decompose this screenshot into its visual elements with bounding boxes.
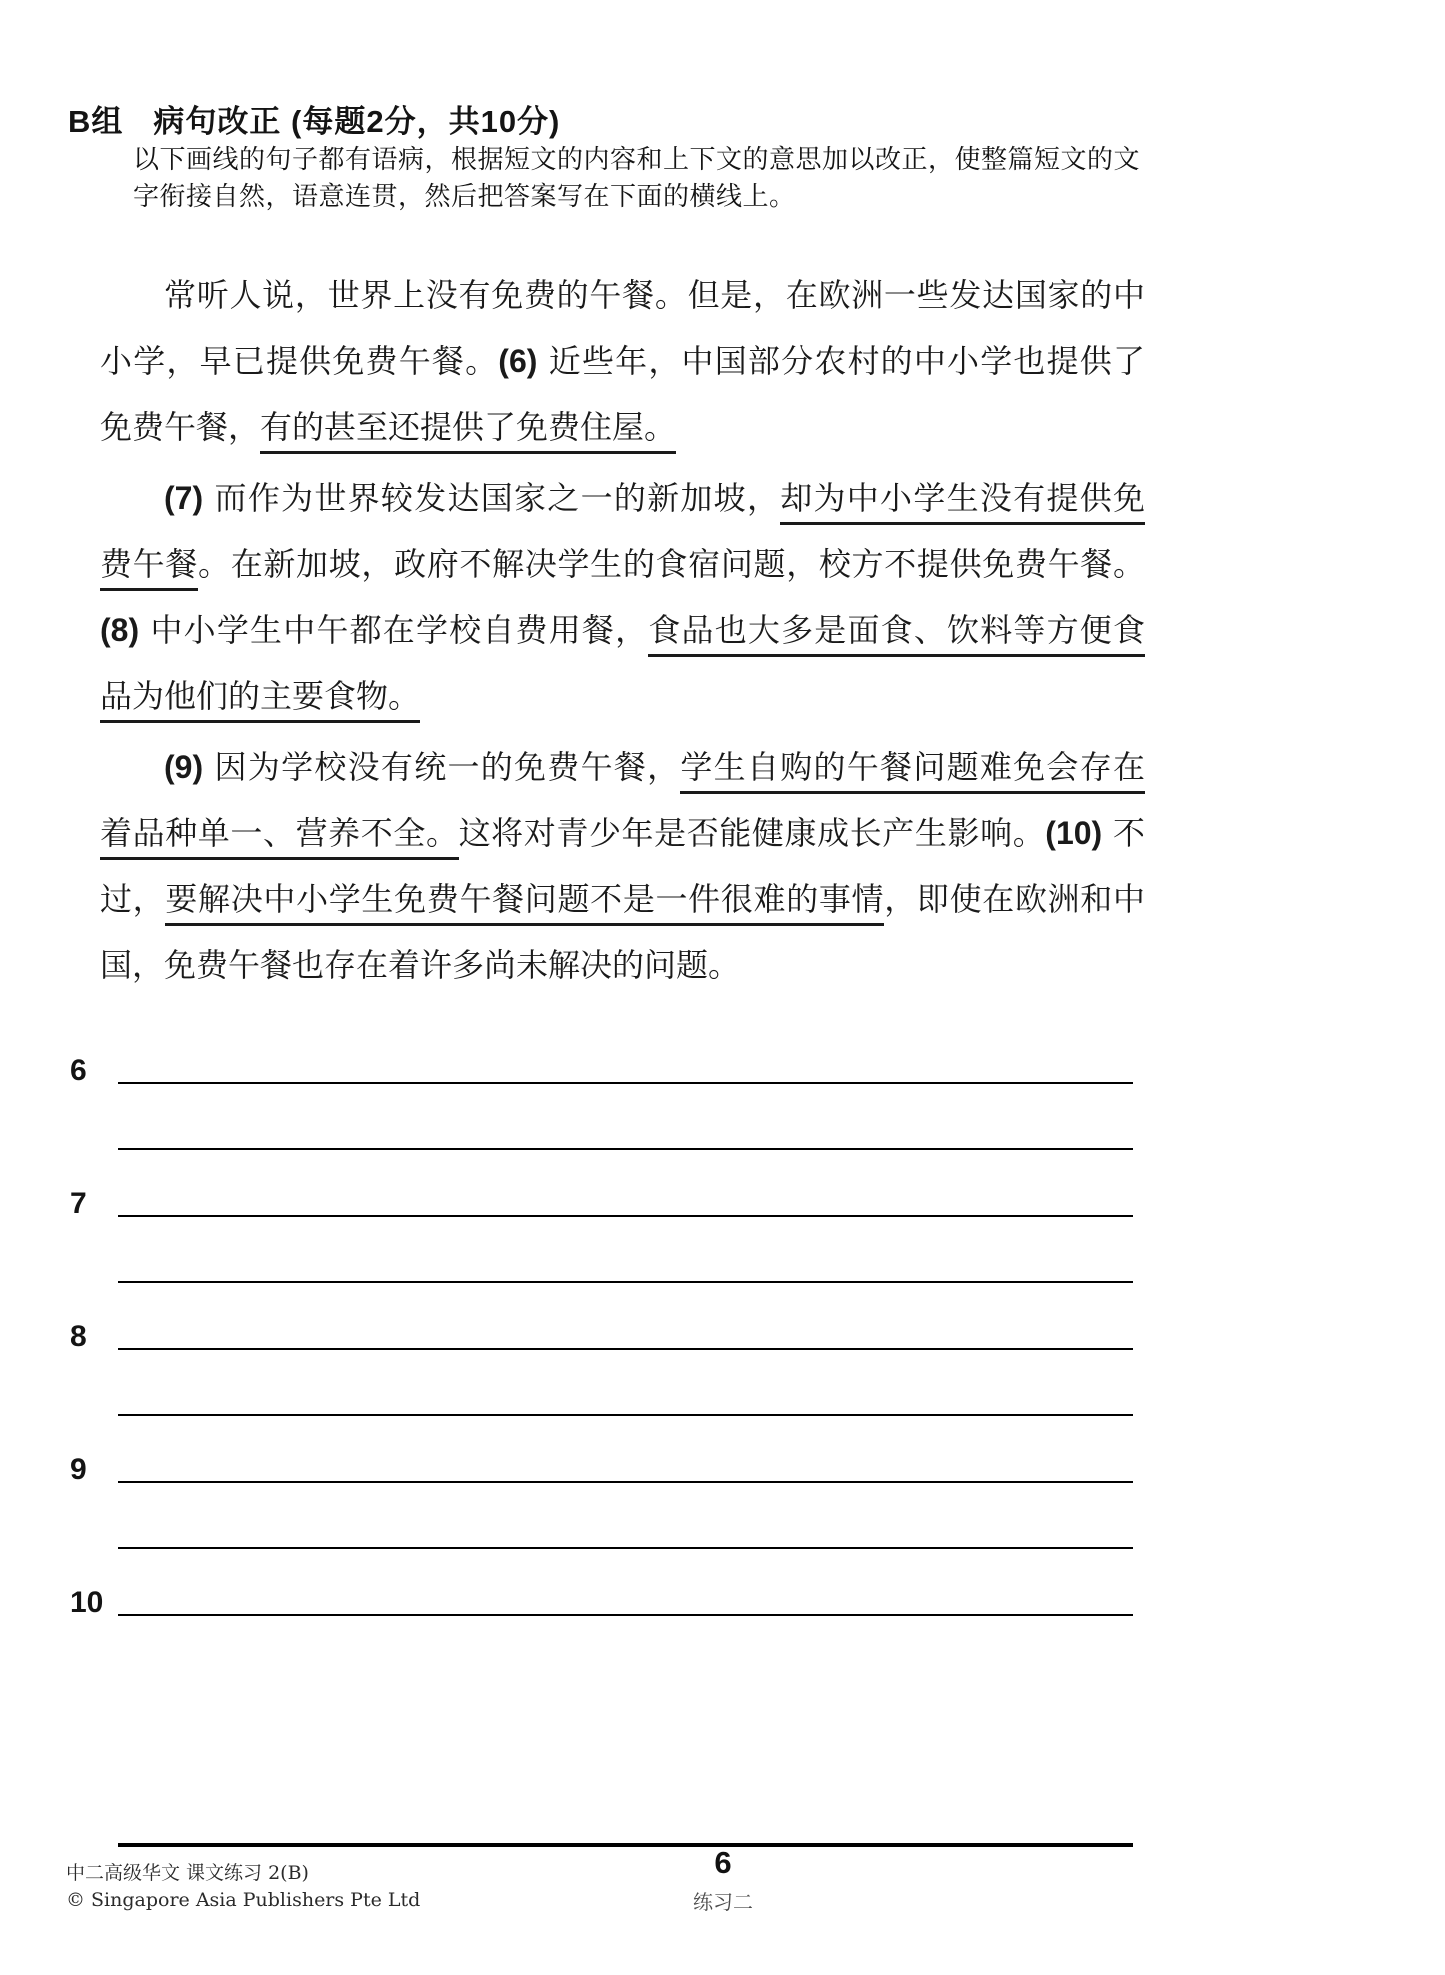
question-marker: (6) — [498, 343, 537, 379]
passage-text: ，即使在欧洲和中 — [884, 880, 1145, 918]
underlined-text: 着品种单一、营养不全。 — [100, 814, 459, 860]
answer-blank-line — [118, 1614, 1133, 1616]
passage-line: (7) 而作为世界较发达国家之一的新加坡，却为中小学生没有提供免 — [100, 465, 1145, 531]
passage-line: 着品种单一、营养不全。这将对青少年是否能健康成长产生影响。(10) 不 — [100, 800, 1145, 866]
underlined-text: 要解决中小学生免费午餐问题不是一件很难的事情 — [165, 880, 884, 926]
passage-text: 过， — [100, 880, 165, 918]
passage-line: 小学，早已提供免费午餐。(6) 近些年，中国部分农村的中小学也提供了 — [100, 328, 1145, 394]
answer-blank-line — [118, 1215, 1133, 1217]
page-number: 6 — [687, 1845, 759, 1881]
passage-line: 常听人说，世界上没有免费的午餐。但是，在欧洲一些发达国家的中 — [100, 262, 1145, 328]
answer-blank-line — [118, 1348, 1133, 1350]
passage-text: 小学，早已提供免费午餐。 — [100, 342, 498, 380]
answer-blank-line — [118, 1481, 1133, 1483]
footer-copyright: © Singapore Asia Publishers Pte Ltd — [66, 1887, 420, 1914]
question-marker: (8) — [100, 612, 139, 648]
instructions-line: 字衔接自然，语意连贯，然后把答案写在下面的横线上。 — [133, 178, 1145, 215]
question-marker: (9) — [164, 749, 203, 785]
instructions: 以下画线的句子都有语病，根据短文的内容和上下文的意思加以改正，使整篇短文的文 字… — [133, 141, 1145, 215]
passage-text: 这将对青少年是否能健康成长产生影响。 — [459, 814, 1046, 852]
underlined-text: 费午餐 — [100, 545, 198, 591]
underlined-text: 食品也大多是面食、饮料等方便食 — [648, 611, 1145, 657]
answer-blank-line — [118, 1082, 1133, 1084]
underlined-text: 有的甚至还提供了免费住屋。 — [260, 408, 676, 454]
answer-number: 7 — [70, 1187, 87, 1221]
section-marks: (每题2分，共10分) — [291, 104, 560, 139]
underlined-text: 却为中小学生没有提供免 — [780, 479, 1145, 525]
answer-number: 9 — [70, 1453, 87, 1487]
passage-text: 不 — [1102, 814, 1145, 852]
underlined-text: 品为他们的主要食物。 — [100, 677, 420, 723]
passage-line: 国，免费午餐也存在着许多尚未解决的问题。 — [100, 932, 1145, 998]
passage-line: (9) 因为学校没有统一的免费午餐，学生自购的午餐问题难免会存在 — [100, 734, 1145, 800]
passage-text: 免费午餐， — [100, 408, 260, 446]
question-marker: (7) — [164, 480, 203, 516]
passage-line: 费午餐。在新加坡，政府不解决学生的食宿问题，校方不提供免费午餐。 — [100, 531, 1145, 597]
passage-line: (8) 中小学生中午都在学校自费用餐，食品也大多是面食、饮料等方便食 — [100, 597, 1145, 663]
passage-text: 因为学校没有统一的免费午餐， — [203, 748, 680, 786]
answer-blank-line — [118, 1281, 1133, 1283]
passage-line: 品为他们的主要食物。 — [100, 663, 1145, 729]
passage-line: 免费午餐，有的甚至还提供了免费住屋。 — [100, 394, 1145, 460]
answer-blank-line — [118, 1414, 1133, 1416]
question-marker: (10) — [1045, 815, 1102, 851]
passage-text: 。在新加坡，政府不解决学生的食宿问题，校方不提供免费午餐。 — [198, 545, 1145, 583]
answer-number: 10 — [70, 1586, 103, 1620]
passage-text: 近些年，中国部分农村的中小学也提供了 — [537, 342, 1145, 380]
instructions-line: 以下画线的句子都有语病，根据短文的内容和上下文的意思加以改正，使整篇短文的文 — [133, 141, 1145, 178]
section-label: B组 — [68, 104, 123, 139]
passage-text: 国，免费午餐也存在着许多尚未解决的问题。 — [100, 946, 740, 984]
section-title: 病句改正 — [153, 104, 281, 139]
answer-blank-line — [118, 1843, 1133, 1847]
answer-number: 6 — [70, 1054, 87, 1088]
answer-blank-line — [118, 1547, 1133, 1549]
passage-line: 过，要解决中小学生免费午餐问题不是一件很难的事情，即使在欧洲和中 — [100, 866, 1145, 932]
passage: 常听人说，世界上没有免费的午餐。但是，在欧洲一些发达国家的中小学，早已提供免费午… — [100, 262, 1145, 998]
worksheet-page: B组病句改正 (每题2分，共10分) 以下画线的句子都有语病，根据短文的内容和上… — [0, 0, 1445, 1975]
passage-text: 而作为世界较发达国家之一的新加坡， — [203, 479, 780, 517]
passage-text: 常听人说，世界上没有免费的午餐。但是，在欧洲一些发达国家的中 — [164, 276, 1145, 314]
answer-blank-line — [118, 1148, 1133, 1150]
section-header: B组病句改正 (每题2分，共10分) — [68, 96, 560, 141]
footer-publisher: 中二高级华文 课文练习 2(B) © Singapore Asia Publis… — [66, 1860, 420, 1914]
footer-book-title: 中二高级华文 课文练习 2(B) — [66, 1860, 420, 1887]
answer-number: 8 — [70, 1320, 87, 1354]
underlined-text: 学生自购的午餐问题难免会存在 — [680, 748, 1145, 794]
exercise-label: 练习二 — [672, 1886, 774, 1915]
passage-text: 中小学生中午都在学校自费用餐， — [139, 611, 648, 649]
